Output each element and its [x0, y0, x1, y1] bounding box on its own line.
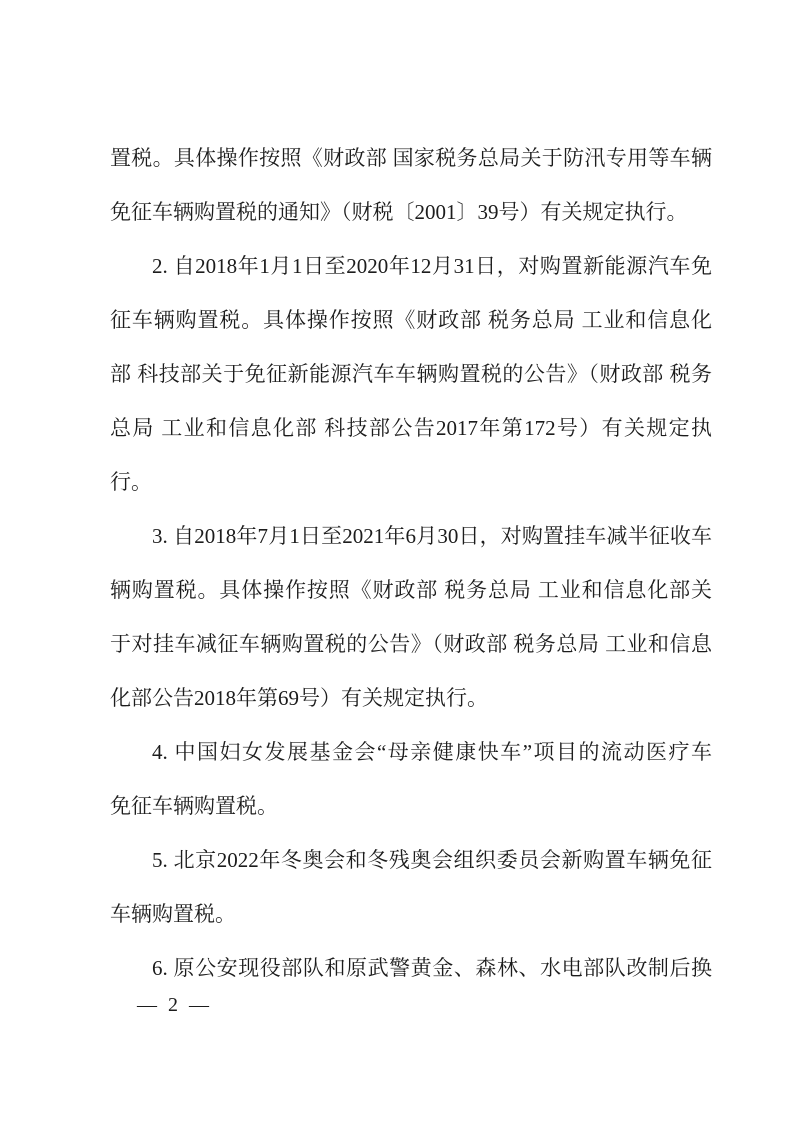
text-line: 6. 原公安现役部队和原武警黄金、森林、水电部队改制后换: [110, 941, 712, 995]
document-page: 置税。具体操作按照《财政部 国家税务总局关于防汛专用等车辆 免征车辆购置税的通知…: [0, 0, 793, 1123]
page-number: — 2 —: [137, 990, 209, 1020]
text-line: 辆购置税。具体操作按照《财政部 税务总局 工业和信息化部关: [110, 563, 712, 617]
document-body: 置税。具体操作按照《财政部 国家税务总局关于防汛专用等车辆 免征车辆购置税的通知…: [110, 131, 712, 995]
text-line: 4. 中国妇女发展基金会“母亲健康快车”项目的流动医疗车: [110, 725, 712, 779]
text-line: 车辆购置税。: [110, 887, 712, 941]
text-line: 于对挂车减征车辆购置税的公告》（财政部 税务总局 工业和信息: [110, 617, 712, 671]
text-line: 征车辆购置税。具体操作按照《财政部 税务总局 工业和信息化: [110, 293, 712, 347]
text-line: 免征车辆购置税的通知》（财税〔2001〕39号）有关规定执行。: [110, 185, 712, 239]
text-line: 2. 自2018年1月1日至2020年12月31日，对购置新能源汽车免: [110, 239, 712, 293]
text-line: 行。: [110, 455, 712, 509]
text-line: 化部公告2018年第69号）有关规定执行。: [110, 671, 712, 725]
text-line: 免征车辆购置税。: [110, 779, 712, 833]
text-line: 5. 北京2022年冬奥会和冬残奥会组织委员会新购置车辆免征: [110, 833, 712, 887]
text-line: 部 科技部关于免征新能源汽车车辆购置税的公告》（财政部 税务: [110, 347, 712, 401]
text-line: 3. 自2018年7月1日至2021年6月30日，对购置挂车减半征收车: [110, 509, 712, 563]
text-line: 置税。具体操作按照《财政部 国家税务总局关于防汛专用等车辆: [110, 131, 712, 185]
text-line: 总局 工业和信息化部 科技部公告2017年第172号）有关规定执: [110, 401, 712, 455]
